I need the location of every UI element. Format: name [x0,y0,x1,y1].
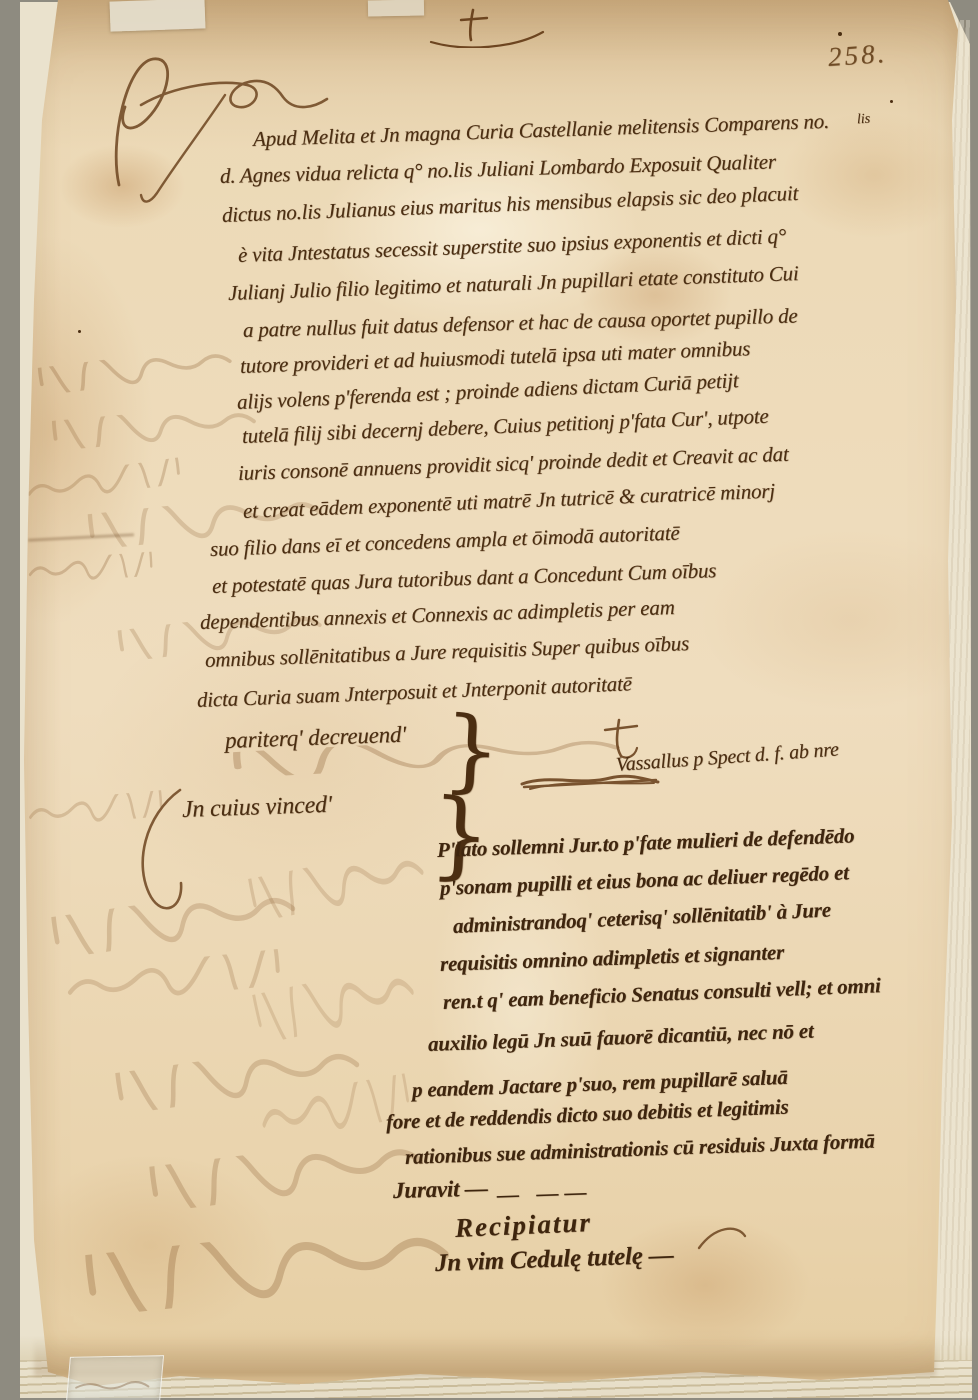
show-through-marks [148,1133,427,1212]
oath-line: auxilio legū Jn suū fauorē dicantiū, nec… [428,1019,814,1057]
tape-tab [368,0,424,16]
folio-number: 258. [827,38,888,73]
decree-note-in-cuius: Jn cuius vinced' [182,792,333,824]
ink-speck [78,330,81,333]
oath-line: administrandoq' ceterisq' sollēnitatib' … [452,898,831,939]
registrar-signature: Vassallus p Spect d. f. ab nre [615,738,839,777]
plastic-index-tab [66,1355,164,1400]
act-line: et creat eādem exponentē uti matrē Jn tu… [243,479,776,524]
manuscript-scan: 258. Apud Melita et Jn magna Curia Caste… [0,0,978,1400]
show-through-marks [37,344,234,396]
oath-line: ren.t q' eam beneficio Senatus consulti … [443,973,882,1015]
act-line: dicta Curia suam Jnterposuit et Jnterpon… [197,671,633,713]
tape-tab [110,0,206,32]
invocation-cross-icon [425,8,550,48]
act-line: Julianj Julio filio legitimo et naturali… [228,261,799,306]
oath-line: requisitis omnino adimpletis et signante… [440,940,785,977]
show-through-marks [51,403,258,451]
act-line: dependentibus annexis et Connexis ac adi… [200,595,675,635]
in-vim-cedulae-note: Jn vim Cedulę tutelę — [435,1242,674,1278]
act-line: iuris consonē annuens providit sicq' pro… [238,442,789,486]
page-bottom-shadow [34,1338,936,1376]
closing-swash [695,1218,750,1253]
oath-line: P'lato sollemni Jur.to p'fate mulieri de… [437,823,855,863]
act-line: è vita Jntestatus secessit superstite su… [238,224,787,268]
manuscript-page: 258. Apud Melita et Jn magna Curia Caste… [0,0,978,1400]
signature-dashes: — —— [497,1179,593,1208]
show-through-marks [27,552,153,585]
ink-speck [890,100,893,103]
oath-line: rationibus sue administrationis cū resid… [405,1129,875,1170]
recipiatur-note: Recipiatur [454,1207,592,1244]
oath-line: p'sonam pupilli et eius bona ac deliuer … [440,860,850,901]
show-through-marks [65,949,283,1007]
tab-faint-marks [74,1376,152,1393]
superscript-abbreviation: lis [857,112,871,129]
show-through-marks [25,457,182,504]
ink-speck [838,32,842,36]
show-through-marks [84,1217,453,1317]
oath-line: Juravit — [393,1176,488,1204]
act-line: Apud Melita et Jn magna Curia Castellani… [253,109,830,152]
act-line: et potestatē quas Jura tutoribus dant a … [212,558,717,599]
